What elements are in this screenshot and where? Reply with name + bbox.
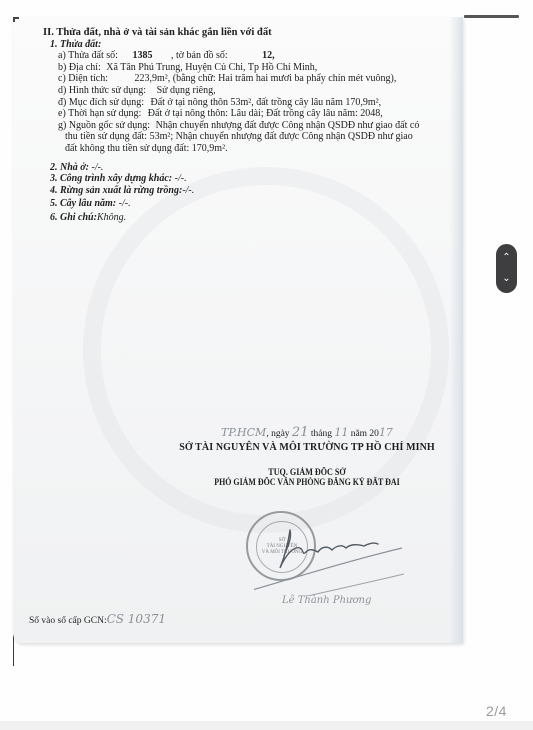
year-label: năm 20: [351, 429, 379, 439]
month-label: tháng: [311, 429, 332, 439]
issue-month-handwritten: 11: [334, 426, 348, 439]
chevron-up-icon[interactable]: ⌃: [502, 253, 510, 263]
address-label: b) Địa chỉ:: [58, 62, 101, 73]
area-value: 223,9m², (bằng chữ: Hai trăm hai mươi ba…: [134, 73, 396, 84]
document-viewer[interactable]: II. Thửa đất, nhà ở và tài sản khác gắn …: [0, 0, 533, 730]
usage-term-label: e) Thời hạn sử dụng:: [58, 108, 141, 119]
origin-value-line3: đất không thu tiền sử dụng đất: 170,9m².: [65, 143, 453, 155]
parcel-number-row: a) Thửa đất số: 1385 , tờ bản đồ số: 12,: [58, 50, 453, 62]
usage-purpose-row: đ) Mục đích sử dụng: Đất ở tại nông thôn…: [58, 97, 453, 109]
area-row: c) Diện tích: 223,9m², (bằng chữ: Hai tr…: [58, 73, 453, 85]
issue-place-handwritten: TP.HCM: [221, 426, 266, 439]
section-title: II. Thửa đất, nhà ở và tài sản khác gắn …: [43, 27, 453, 39]
other-construction-label: 3. Công trình xây dựng khác:: [50, 173, 172, 184]
address-row: b) Địa chỉ: Xã Tân Phú Trung, Huyện Củ C…: [58, 62, 453, 74]
gcn-registration: Số vào sổ cấp GCN:CS 10371: [29, 612, 166, 626]
page-nav-control[interactable]: ⌃ ⌄: [496, 244, 517, 293]
origin-row: g) Nguồn gốc sử dụng: Nhận chuyển nhượng…: [58, 120, 453, 132]
map-sheet-value: 12,: [262, 50, 275, 61]
usage-form-value: Sử dụng riêng,: [157, 85, 216, 96]
issue-date-line: TP.HCM, ngày 21 tháng 11 năm 2017: [162, 425, 452, 440]
parcel-number-label: a) Thửa đất số:: [58, 50, 118, 61]
signer-title: PHÓ GIÁM ĐỐC VĂN PHÒNG ĐĂNG KÝ ĐẤT ĐAI: [179, 477, 434, 487]
address-value: Xã Tân Phú Trung, Huyện Củ Chi, Tp Hồ Ch…: [106, 62, 317, 73]
usage-term-value: Đất ở tại nông thôn: Lâu dài; Đất trồng …: [148, 108, 383, 119]
handwritten-signature: [254, 516, 404, 596]
house-item: 2. Nhà ở: -/-.: [50, 162, 453, 174]
usage-purpose-label: đ) Mục đích sử dụng:: [58, 97, 144, 108]
map-sheet-label: , tờ bản đồ số:: [171, 50, 228, 61]
bottom-bar: [0, 721, 533, 730]
origin-value-line1: Nhận chuyển nhượng đất được Công nhận QS…: [156, 120, 420, 131]
signer-name: Lê Thành Phương: [282, 595, 371, 606]
notes-value: Không.: [97, 212, 126, 223]
usage-term-row: e) Thời hạn sử dụng: Đất ở tại nông thôn…: [58, 108, 453, 120]
notes-item: 6. Ghi chú:Không.: [50, 212, 453, 224]
certificate-content: II. Thửa đất, nhà ở và tài sản khác gắn …: [43, 27, 453, 224]
issuing-organization: SỞ TÀI NGUYÊN VÀ MÔI TRƯỜNG TP HỒ CHÍ MI…: [162, 442, 452, 453]
gcn-number-handwritten: CS 10371: [107, 612, 166, 626]
day-label: , ngày: [266, 429, 289, 439]
gcn-label: Số vào sổ cấp GCN:: [29, 616, 107, 626]
page-indicator: 2/4: [486, 703, 507, 719]
other-construction-item: 3. Công trình xây dựng khác: -/-.: [50, 173, 453, 185]
corner-mark: [13, 17, 15, 22]
planted-forest-value: -/-.: [182, 185, 194, 196]
issue-day-handwritten: 21: [292, 425, 309, 440]
parcel-heading: 1. Thửa đất:: [50, 39, 453, 51]
usage-purpose-value: Đất ở tại nông thôn 53m², đất trồng cây …: [150, 97, 381, 108]
perennial-trees-value: -/-.: [116, 198, 130, 209]
usage-form-label: d) Hình thức sử dụng:: [58, 85, 146, 96]
planted-forest-label: 4. Rừng sản xuất là rừng trồng:: [50, 185, 182, 196]
house-label: 2. Nhà ở:: [50, 162, 89, 173]
planted-forest-item: 4. Rừng sản xuất là rừng trồng:-/-.: [50, 185, 453, 197]
perennial-trees-label: 5. Cây lâu năm:: [50, 198, 116, 209]
perennial-trees-item: 5. Cây lâu năm: -/-.: [50, 198, 453, 210]
house-value: -/-.: [89, 162, 103, 173]
area-label: c) Diện tích:: [58, 73, 108, 84]
other-construction-value: -/-.: [172, 173, 186, 184]
chevron-down-icon[interactable]: ⌄: [502, 274, 510, 284]
issue-year-handwritten: 17: [379, 426, 393, 439]
origin-value-line2: thu tiền sử dụng đất: 53m²; Nhận chuyển …: [65, 131, 453, 143]
signature-block: TP.HCM, ngày 21 tháng 11 năm 2017 SỞ TÀI…: [162, 425, 452, 487]
top-edge-mark: [464, 15, 519, 18]
usage-form-row: d) Hình thức sử dụng: Sử dụng riêng,: [58, 85, 453, 97]
origin-label: g) Nguồn gốc sử dụng:: [58, 120, 150, 131]
authorization-line: TUQ. GIÁM ĐỐC SỞ: [177, 467, 438, 477]
parcel-number-value: 1385: [132, 50, 152, 61]
notes-label: 6. Ghi chú:: [50, 212, 97, 223]
